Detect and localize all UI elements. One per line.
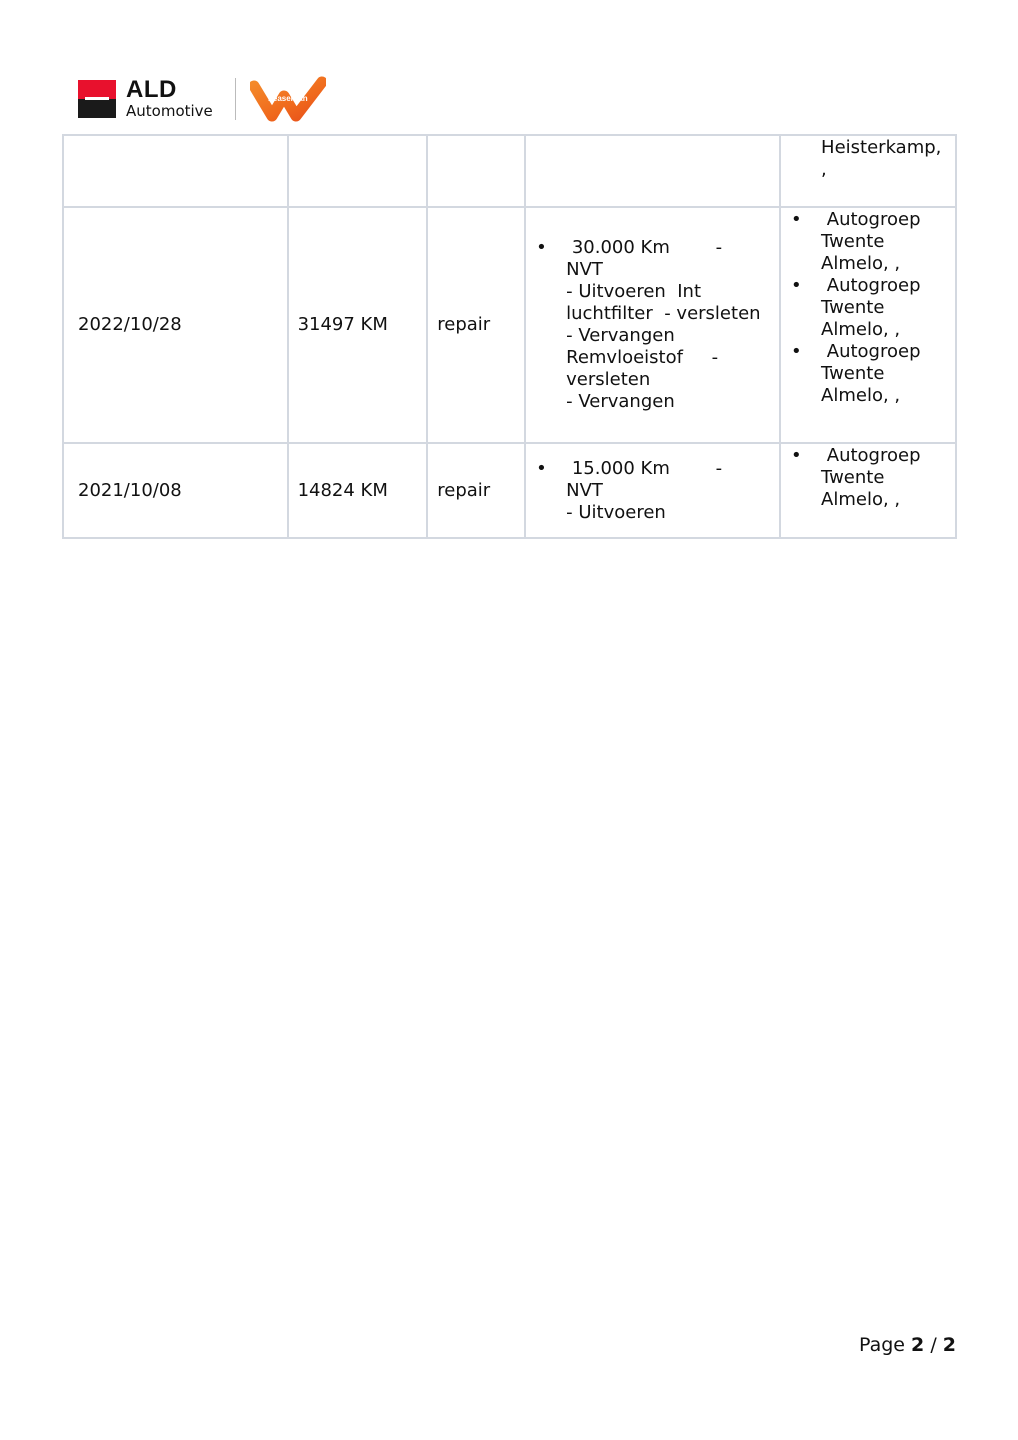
service-text: 30.000 Km - NVT - Uitvoeren Int luchtfil… xyxy=(566,237,760,412)
bullet-icon: • xyxy=(536,237,547,259)
table-row: 2022/10/28 31497 KM repair • 30.000 Km -… xyxy=(63,207,956,443)
document-header: ALD Automotive LeasePlan xyxy=(78,76,338,122)
cell-type: repair xyxy=(427,443,525,538)
brand-primary: ALD xyxy=(126,78,213,102)
page-label: Page xyxy=(859,1334,905,1356)
list-item: • 30.000 Km - NVT - Uitvoeren Int luchtf… xyxy=(526,237,779,413)
garage-text: Autogroep Twente Almelo, , xyxy=(821,341,920,406)
garage-text: Autogroep Twente Almelo, , xyxy=(821,209,920,274)
page-number: Page 2 / 2 xyxy=(859,1334,956,1356)
cell-type xyxy=(427,135,525,207)
service-text: 15.000 Km - NVT - Uitvoeren xyxy=(566,458,722,523)
cell-services: • 30.000 Km - NVT - Uitvoeren Int luchtf… xyxy=(525,207,780,443)
list-item: • Autogroep Twente Almelo, , xyxy=(781,275,955,341)
cell-garage: Heisterkamp, , xyxy=(780,135,956,207)
bullet-icon: • xyxy=(791,209,802,231)
bullet-icon: • xyxy=(791,341,802,363)
current-page: 2 xyxy=(911,1334,924,1356)
ald-logo-text: ALD Automotive xyxy=(126,76,213,119)
leaseplan-text: LeasePlan xyxy=(268,94,308,103)
bullet-icon: • xyxy=(791,275,802,297)
bullet-icon: • xyxy=(791,445,802,467)
table-row-continuation: Heisterkamp, , xyxy=(63,135,956,207)
total-pages: 2 xyxy=(943,1334,956,1356)
cell-date: 2022/10/28 xyxy=(63,207,288,443)
cell-mileage: 31497 KM xyxy=(288,207,428,443)
garage-text: Heisterkamp, , xyxy=(781,136,955,181)
garage-text: Autogroep Twente Almelo, , xyxy=(821,445,920,510)
page-separator: / xyxy=(930,1334,936,1356)
garage-text: Autogroep Twente Almelo, , xyxy=(821,275,920,340)
cell-garage: • Autogroep Twente Almelo, , • Autogroep… xyxy=(780,207,956,443)
ald-logo-icon xyxy=(78,80,116,118)
logo-divider xyxy=(235,78,236,120)
list-item: • Autogroep Twente Almelo, , xyxy=(781,209,955,275)
brand-secondary: Automotive xyxy=(126,104,213,119)
cell-garage: • Autogroep Twente Almelo, , xyxy=(780,443,956,538)
leaseplan-logo-icon: LeasePlan xyxy=(250,76,326,122)
cell-services: • 15.000 Km - NVT - Uitvoeren xyxy=(525,443,780,538)
list-item: • Autogroep Twente Almelo, , xyxy=(781,341,955,407)
cell-mileage xyxy=(288,135,428,207)
list-item: • 15.000 Km - NVT - Uitvoeren xyxy=(526,458,779,524)
cell-date xyxy=(63,135,288,207)
bullet-icon: • xyxy=(536,458,547,480)
list-item: • Autogroep Twente Almelo, , xyxy=(781,445,955,511)
cell-services xyxy=(525,135,780,207)
cell-mileage: 14824 KM xyxy=(288,443,428,538)
maintenance-history-table: Heisterkamp, , 2022/10/28 31497 KM repai… xyxy=(62,134,957,539)
table-row: 2021/10/08 14824 KM repair • 15.000 Km -… xyxy=(63,443,956,538)
cell-date: 2021/10/08 xyxy=(63,443,288,538)
cell-type: repair xyxy=(427,207,525,443)
